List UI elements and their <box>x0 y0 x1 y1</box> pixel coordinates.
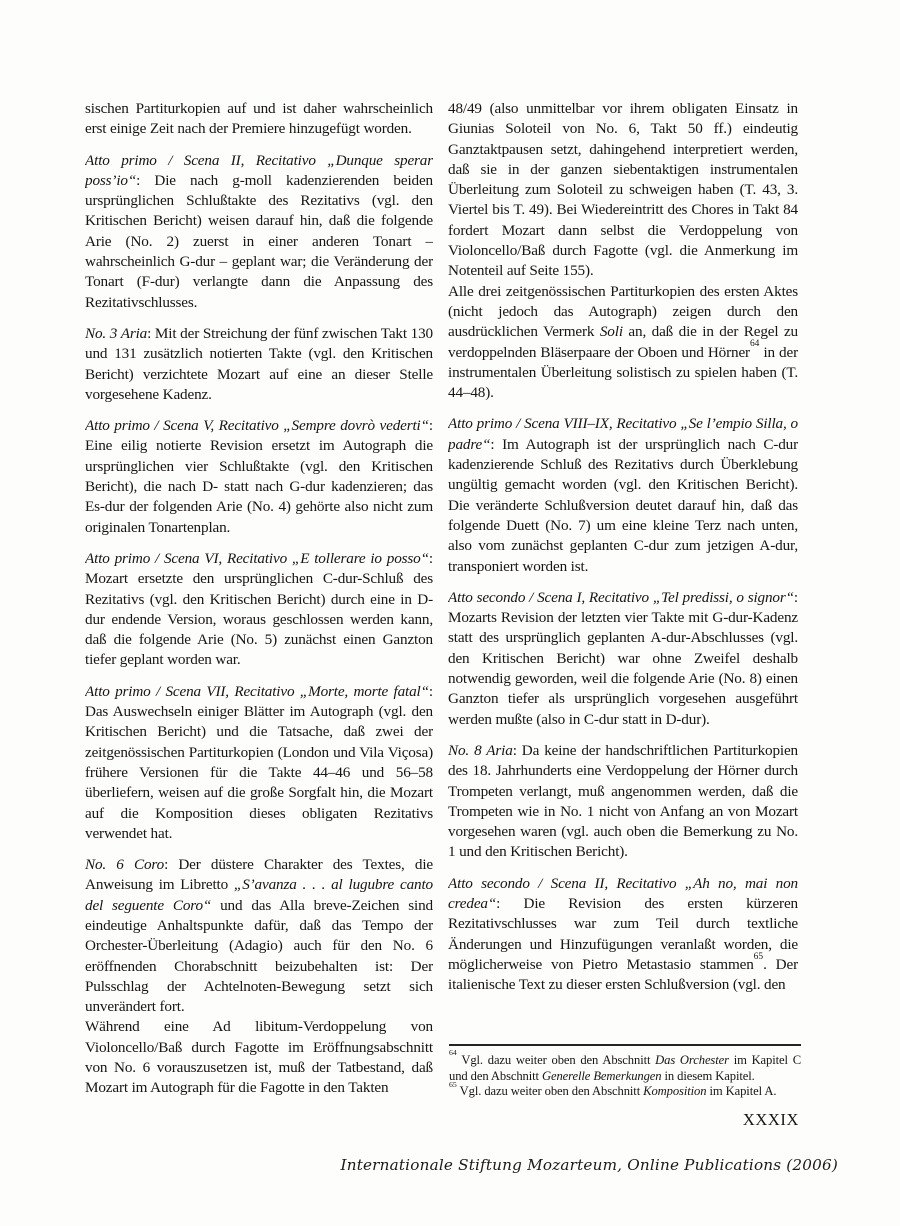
text-run: Das Orchester <box>655 1053 729 1067</box>
footnote: 65 Vgl. dazu weiter oben den Abschnitt K… <box>449 1084 801 1100</box>
paragraph: Atto secondo / Scena I, Recitativo „Tel … <box>448 588 798 730</box>
text-run: : Im Autograph ist der ursprünglich nach… <box>448 436 798 575</box>
text-run: : Da keine der handschriftlichen Partitu… <box>448 742 798 860</box>
text-run: : Die nach g-moll kadenzierenden beiden … <box>85 172 433 311</box>
paragraph: Atto primo / Scena II, Recitativo „Dunqu… <box>85 151 433 313</box>
text-run: : Eine eilig notierte Revision ersetzt i… <box>85 417 433 535</box>
page-number: XXXIX <box>449 1110 799 1130</box>
paragraph: Atto primo / Scena VII, Recitativo „Mort… <box>85 682 433 844</box>
footnote-separator <box>449 1044 801 1046</box>
footer-credit: Internationale Stiftung Mozarteum, Onlin… <box>341 1156 838 1174</box>
paragraph: Während eine Ad libitum-Verdoppelung von… <box>85 1017 433 1098</box>
paragraph: Atto primo / Scena VI, Recitativo „E tol… <box>85 549 433 671</box>
text-run: : Mozarts Revision der letzten vier Takt… <box>448 589 798 728</box>
paragraph: Atto primo / Scena VIII–IX, Recitativo „… <box>448 414 798 576</box>
text-run: No. 8 Aria <box>448 742 513 759</box>
paragraph: Atto secondo / Scena II, Recitativo „Ah … <box>448 874 798 996</box>
text-run: Atto primo / Scena V, Recitativo „Sempre… <box>85 417 429 434</box>
footnote-list: 64 Vgl. dazu weiter oben den Abschnitt D… <box>449 1053 801 1100</box>
text-run: Atto primo / Scena VI, Recitativo „E tol… <box>85 550 429 567</box>
text-run: in diesem Kapitel. <box>661 1069 754 1083</box>
text-run: im Kapitel A. <box>706 1084 776 1098</box>
text-run: : Das Auswechseln einiger Blätter im Aut… <box>85 683 433 842</box>
text-run: Atto secondo / Scena I, Recitativo „Tel … <box>448 589 794 606</box>
footnote-block: 64 Vgl. dazu weiter oben den Abschnitt D… <box>449 1044 801 1100</box>
text-run: : Die Revision des ersten kürzeren Rezit… <box>448 895 798 973</box>
column-right: 48/49 (also unmittelbar vor ihrem obliga… <box>448 99 798 1041</box>
text-run: Komposition <box>643 1084 706 1098</box>
text-run: und das Alla breve-Zeichen sind eindeuti… <box>85 897 433 1015</box>
text-run: sischen Partiturkopien auf und ist daher… <box>85 100 433 137</box>
text-run: Generelle Bemerkungen <box>542 1069 661 1083</box>
paragraph: Atto primo / Scena V, Recitativo „Sempre… <box>85 416 433 538</box>
paragraph: No. 6 Coro: Der düstere Charakter des Te… <box>85 855 433 1017</box>
scanned-document-page: sischen Partiturkopien auf und ist daher… <box>0 0 900 1226</box>
paragraph: sischen Partiturkopien auf und ist daher… <box>85 99 433 140</box>
paragraph: 48/49 (also unmittelbar vor ihrem obliga… <box>448 99 798 282</box>
footnote-reference: 64 <box>750 339 759 349</box>
text-run: : Mozart ersetzte den ursprünglichen C-d… <box>85 550 433 668</box>
text-run: Während eine Ad libitum-Verdoppelung von… <box>85 1018 433 1096</box>
text-run: Soli <box>600 323 623 340</box>
footnote-marker: 65 <box>449 1080 457 1089</box>
text-run: Atto primo / Scena VII, Recitativo „Mort… <box>85 683 429 700</box>
text-run: Vgl. dazu weiter oben den Abschnitt <box>461 1053 655 1067</box>
paragraph: No. 3 Aria: Mit der Streichung der fünf … <box>85 324 433 405</box>
text-run: 48/49 (also unmittelbar vor ihrem obliga… <box>448 100 798 279</box>
footnote: 64 Vgl. dazu weiter oben den Abschnitt D… <box>449 1053 801 1084</box>
footnote-marker: 64 <box>449 1048 457 1057</box>
column-left: sischen Partiturkopien auf und ist daher… <box>85 99 433 1125</box>
text-run: Vgl. dazu weiter oben den Abschnitt <box>460 1084 644 1098</box>
paragraph: No. 8 Aria: Da keine der handschriftlich… <box>448 741 798 863</box>
paragraph: Alle drei zeitgenössischen Partiturkopie… <box>448 282 798 404</box>
text-run: No. 3 Aria <box>85 325 147 342</box>
footnote-reference: 65 <box>754 952 763 962</box>
text-run: No. 6 Coro <box>85 856 164 873</box>
